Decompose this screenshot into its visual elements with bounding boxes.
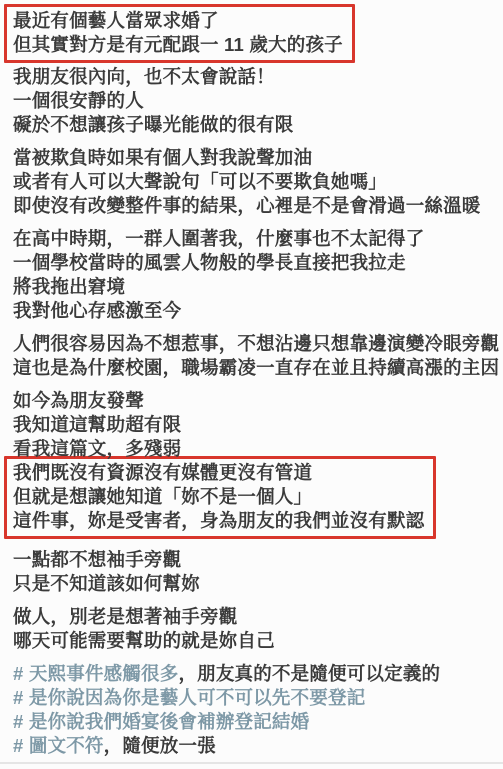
post-line: 礙於不想讓孩子曝光能做的很有限 xyxy=(13,113,499,137)
post-line: 即使沒有改變整件事的結果，心裡是不是會滑過一絲溫暖 xyxy=(13,194,499,218)
post-paragraph: 做人，別老是想著袖手旁觀哪天可能需要幫助的就是妳自己 xyxy=(13,605,499,653)
post-line: 我對他心存感激至今 xyxy=(13,299,499,323)
post-line: 但其實對方是有元配跟一 11 歲大的孩子 xyxy=(13,33,343,57)
annotation-box-2: 我們既沒有資源沒有媒體更沒有管道但就是想讓她知道「妳不是一個人」這件事，妳是受害… xyxy=(4,456,436,539)
post-line: 如今為朋友發聲 xyxy=(13,389,499,413)
post-hashtag-line: # 天熙事件感觸很多，朋友真的不是隨便可以定義的 xyxy=(13,662,499,686)
post-paragraph: 當被欺負時如果有個人對我說聲加油或者有人可以大聲說句「可以不要欺負她嗎」即使沒有… xyxy=(13,146,499,218)
hashtag-link[interactable]: # 是你說我們婚宴後會補辦登記結婚 xyxy=(13,711,309,732)
annotation-box-1: 最近有個藝人當眾求婚了但其實對方是有元配跟一 11 歲大的孩子 xyxy=(4,4,355,63)
post-text-body: 最近有個藝人當眾求婚了但其實對方是有元配跟一 11 歲大的孩子我朋友很內向，也不… xyxy=(13,9,499,767)
post-line: 做人，別老是想著袖手旁觀 xyxy=(13,605,499,629)
post-line: 這件事，妳是受害者，身為朋友的我們並沒有默認 xyxy=(13,509,424,533)
post-line: 一點都不想袖手旁觀 xyxy=(13,548,499,572)
post-line: 一個很安靜的人 xyxy=(13,89,499,113)
post-line: 一個學校當時的風雲人物般的學長直接把我拉走 xyxy=(13,251,499,275)
post-paragraph: 人們很容易因為不想惹事，不想沾邊只想靠邊演變冷眼旁觀這也是為什麼校園，職場霸凌一… xyxy=(13,332,499,380)
post-line: 當被欺負時如果有個人對我說聲加油 xyxy=(13,146,499,170)
post-hashtag-line: # 是你說我們婚宴後會補辦登記結婚 xyxy=(13,710,499,734)
hashtag-line-plain-text: ，隨便放一張 xyxy=(104,735,216,756)
post-hashtag-line: # 是你說因為你是藝人可不可以先不要登記 xyxy=(13,686,499,710)
post-line: 或者有人可以大聲說句「可以不要欺負她嗎」 xyxy=(13,170,499,194)
hashtag-link[interactable]: # 圖文不符 xyxy=(13,735,104,756)
post-screenshot: 最近有個藝人當眾求婚了但其實對方是有元配跟一 11 歲大的孩子我朋友很內向，也不… xyxy=(0,0,503,769)
post-line: 這也是為什麼校園，職場霸凌一直存在並且持續高漲的主因 xyxy=(13,356,499,380)
hashtag-link[interactable]: # 是你說因為你是藝人可不可以先不要登記 xyxy=(13,687,365,708)
post-paragraph: 如今為朋友發聲我知道這幫助超有限看我這篇文，多殘弱我們既沒有資源沒有媒體更沒有管… xyxy=(13,389,499,539)
post-line: 將我拖出窘境 xyxy=(13,275,499,299)
post-line: 人們很容易因為不想惹事，不想沾邊只想靠邊演變冷眼旁觀 xyxy=(13,332,499,356)
post-paragraph: 一點都不想袖手旁觀只是不知道該如何幫妳 xyxy=(13,548,499,596)
hashtag-line-plain-text: ，朋友真的不是隨便可以定義的 xyxy=(178,663,440,684)
post-line: 但就是想讓她知道「妳不是一個人」 xyxy=(13,485,424,509)
post-hashtag-line: # 圖文不符，隨便放一張 xyxy=(13,734,499,758)
post-line: 只是不知道該如何幫妳 xyxy=(13,572,499,596)
post-paragraph: 最近有個藝人當眾求婚了但其實對方是有元配跟一 11 歲大的孩子我朋友很內向，也不… xyxy=(13,4,499,137)
post-line: 我知道這幫助超有限 xyxy=(13,413,499,437)
post-line: 我朋友很內向，也不太會說話！ xyxy=(13,65,499,89)
post-line: 我們既沒有資源沒有媒體更沒有管道 xyxy=(13,461,424,485)
post-paragraph: # 天熙事件感觸很多，朋友真的不是隨便可以定義的# 是你說因為你是藝人可不可以先… xyxy=(13,662,499,758)
post-line: 最近有個藝人當眾求婚了 xyxy=(13,9,343,33)
post-line: 在高中時期，一群人圍著我，什麼事也不太記得了 xyxy=(13,227,499,251)
post-line: 哪天可能需要幫助的就是妳自己 xyxy=(13,629,499,653)
hashtag-link[interactable]: # 天熙事件感觸很多 xyxy=(13,663,178,684)
bottom-divider xyxy=(0,762,503,764)
post-paragraph: 在高中時期，一群人圍著我，什麼事也不太記得了一個學校當時的風雲人物般的學長直接把… xyxy=(13,227,499,323)
